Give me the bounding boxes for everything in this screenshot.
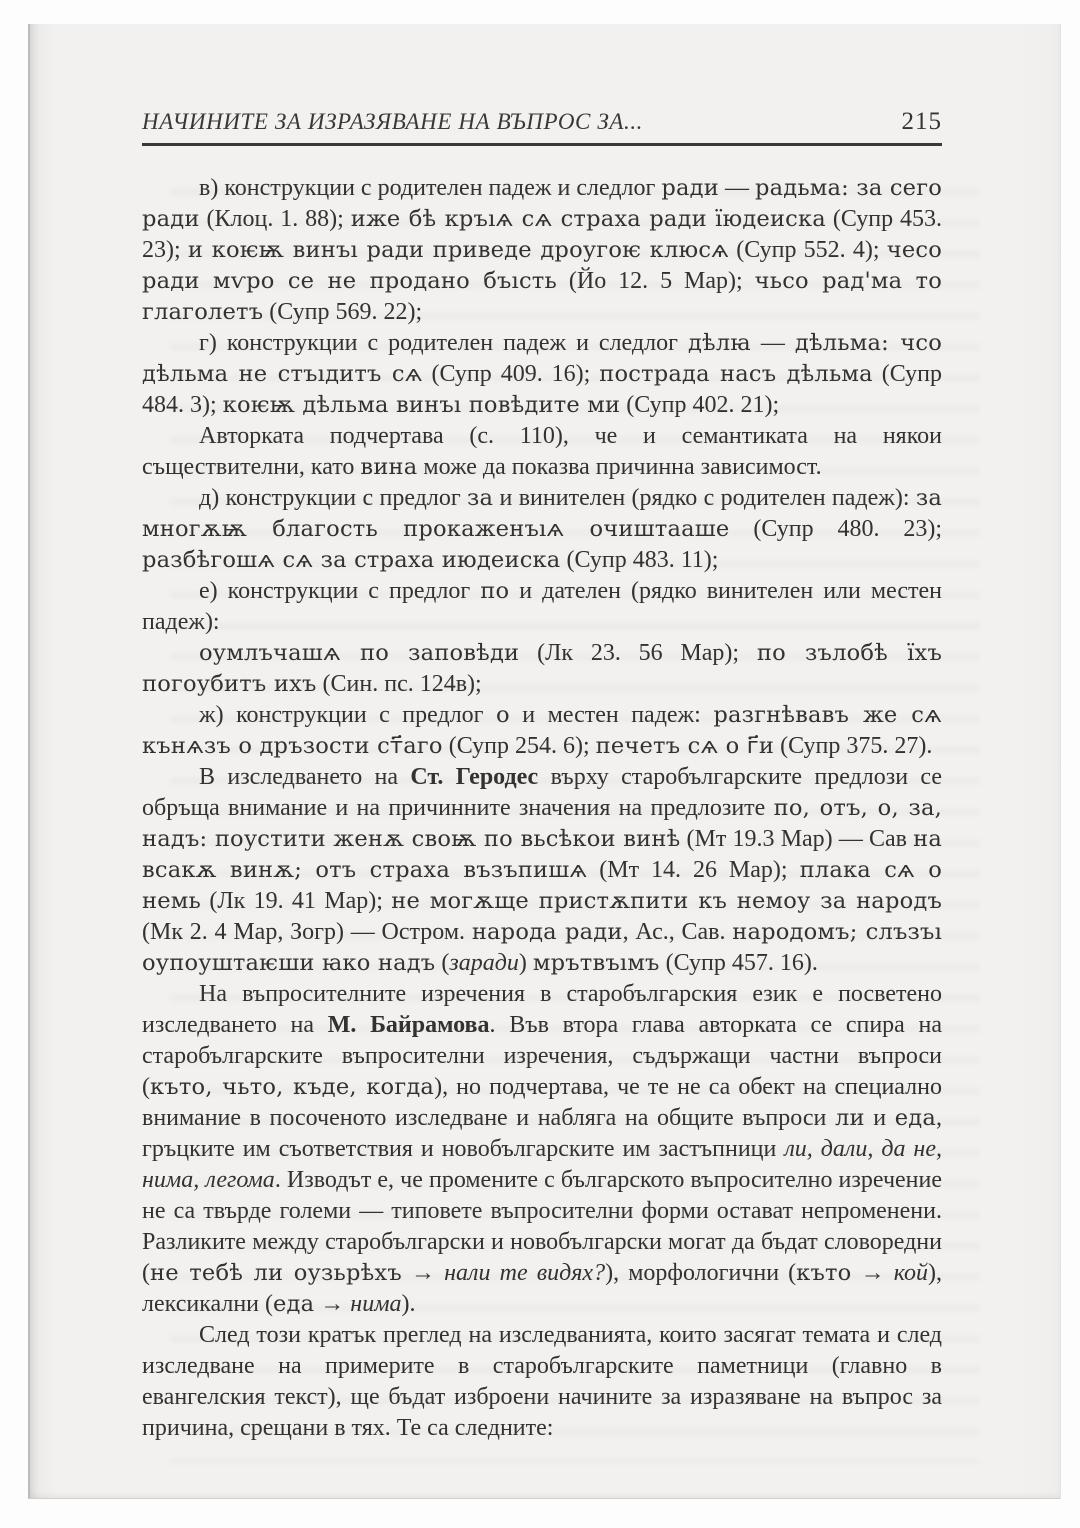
paragraph: г) конструкции с родителен падеж и следл… xyxy=(142,328,942,421)
text-run: ради xyxy=(661,175,719,201)
text-run: (Син. пс. 124в); xyxy=(317,671,482,697)
paragraph: д) конструкции с предлог за и винителен … xyxy=(142,483,942,576)
text-run: (Супр 552. 4); xyxy=(729,237,887,263)
paragraph: е) конструкции с предлог по и дателен (р… xyxy=(142,576,942,638)
text-run: — xyxy=(751,330,795,356)
text-run: иже бѣ кръıѧ сѧ страха ради їюдеиска xyxy=(351,206,826,232)
text-run: (Йо 12. 5 Мар); xyxy=(557,268,755,294)
text-run: ), морфологични ( xyxy=(605,1260,796,1286)
text-run: (Супр 402. 21); xyxy=(620,392,779,418)
paper-sheet: НАЧИНИТЕ ЗА ИЗРАЗЯВАНЕ НА ВЪПРОС ЗА... 2… xyxy=(28,24,1061,1499)
text-run: ли xyxy=(835,1105,865,1131)
text-run: дѣлꙗ xyxy=(688,330,751,356)
paragraph: оумлъчашѧ по заповѣди (Лк 23. 56 Мар); п… xyxy=(142,638,942,700)
text-run: може да показва причинна зависимост. xyxy=(417,454,821,480)
text-run: (Клоц. 1. 88); xyxy=(200,206,351,232)
text-run: и винителен (рядко с родителен падеж): xyxy=(493,485,916,511)
paragraph: В изследването на Ст. Геродес върху стар… xyxy=(142,762,942,979)
text-run: (Супр 480. 23); xyxy=(729,516,942,542)
text-run: не могѫще пристѫпити къ немоу за народъ xyxy=(391,888,942,914)
text-run: (Лк 23. 56 Мар); xyxy=(519,640,757,666)
text-run: (Мт 19.3 Мар) — Сав xyxy=(680,826,913,852)
paragraph: ж) конструкции с предлог о и местен паде… xyxy=(142,700,942,762)
text-run: (Супр 457. 16). xyxy=(660,950,818,976)
text-run: ( xyxy=(435,950,449,976)
text-run: оумлъчашѧ по заповѣди xyxy=(199,640,519,666)
text-run: къто xyxy=(796,1260,851,1286)
page-body: в) конструкции с родителен падеж и следл… xyxy=(142,173,942,1444)
text-run: В изследването на xyxy=(199,764,410,790)
text-run: нима xyxy=(350,1291,401,1317)
text-run: и xyxy=(865,1105,895,1131)
text-run: коѥѭ дѣльма винъı повѣдите ми xyxy=(223,392,621,418)
text-run: и местен падеж: xyxy=(510,702,714,728)
text-run: → xyxy=(851,1260,893,1286)
text-run: разбѣгошѧ сѧ за страха июдеиска xyxy=(142,547,560,573)
text-run: , Ас., Сав. xyxy=(623,919,733,945)
text-run: пострада насъ дѣльма xyxy=(599,361,873,387)
paragraph: в) конструкции с родителен падеж и следл… xyxy=(142,173,942,328)
text-run: г) конструкции с родителен падеж и следл… xyxy=(199,330,688,356)
paragraph: Авторката подчертава (с. 110), че и сема… xyxy=(142,421,942,483)
text-run: → xyxy=(402,1260,444,1286)
text-run: ) xyxy=(519,950,533,976)
running-header: НАЧИНИТЕ ЗА ИЗРАЗЯВАНЕ НА ВЪПРОС ЗА... 2… xyxy=(142,108,942,136)
text-run: (Супр 569. 22); xyxy=(263,299,422,325)
text-run: еда xyxy=(895,1105,936,1131)
text-run: — xyxy=(719,175,755,201)
text-run: за xyxy=(467,485,493,511)
text-run: заради xyxy=(449,950,519,976)
text-run: народа ради xyxy=(472,919,623,945)
text-run: → xyxy=(314,1291,350,1317)
text-run: не тебѣ ли оузьрѣхъ xyxy=(150,1260,402,1286)
text-run: нали те видях? xyxy=(444,1260,605,1286)
text-run: (Супр 483. 11); xyxy=(560,547,718,573)
text-run: ). xyxy=(402,1291,416,1317)
text-run: (Мт 14. 26 Мар); xyxy=(587,857,799,883)
text-run: мрътвъıмъ xyxy=(533,950,660,976)
text-run: (Лк 19. 41 Мар); xyxy=(201,888,391,914)
running-header-title: НАЧИНИТЕ ЗА ИЗРАЗЯВАНЕ НА ВЪПРОС ЗА... xyxy=(142,109,643,135)
text-run: (Супр 254. 6); xyxy=(443,733,596,759)
text-run: (Супр 409. 16); xyxy=(423,361,600,387)
text-run: и коѥѭ винъı ради приведе дроугоѥ клюсѧ xyxy=(188,237,729,263)
text-run: вина xyxy=(360,454,417,480)
text-run: о xyxy=(496,702,510,728)
text-run: в) конструкции с родителен падеж и следл… xyxy=(199,175,661,201)
header-rule xyxy=(142,143,942,146)
text-run: (Супр 375. 27). xyxy=(774,733,932,759)
text-run: еда xyxy=(273,1291,314,1317)
paragraph: След този кратък преглед на изследваният… xyxy=(142,1320,942,1444)
paragraph: На въпросителните изречения в старобълга… xyxy=(142,979,942,1320)
text-run: ж) конструкции с предлог xyxy=(199,702,496,728)
text-run: д) конструкции с предлог xyxy=(199,485,467,511)
text-run: След този кратък преглед на изследваният… xyxy=(142,1322,942,1441)
text-run: къто, чьто, къде, когда xyxy=(150,1074,434,1100)
page-number: 215 xyxy=(902,108,943,136)
text-run: М. Байрамова xyxy=(328,1012,490,1038)
text-run: по xyxy=(480,578,509,604)
scanned-book-page: НАЧИНИТЕ ЗА ИЗРАЗЯВАНЕ НА ВЪПРОС ЗА... 2… xyxy=(0,0,1080,1528)
text-run: печетъ сѧ о г҃и xyxy=(596,733,774,759)
text-run: Ст. Геродес xyxy=(410,764,538,790)
text-run: е) конструкции с предлог xyxy=(199,578,480,604)
page-content: НАЧИНИТЕ ЗА ИЗРАЗЯВАНЕ НА ВЪПРОС ЗА... 2… xyxy=(142,24,942,1444)
text-run: (Мк 2. 4 Мар, Зогр) — Остром. xyxy=(142,919,472,945)
text-run: кой xyxy=(894,1260,928,1286)
